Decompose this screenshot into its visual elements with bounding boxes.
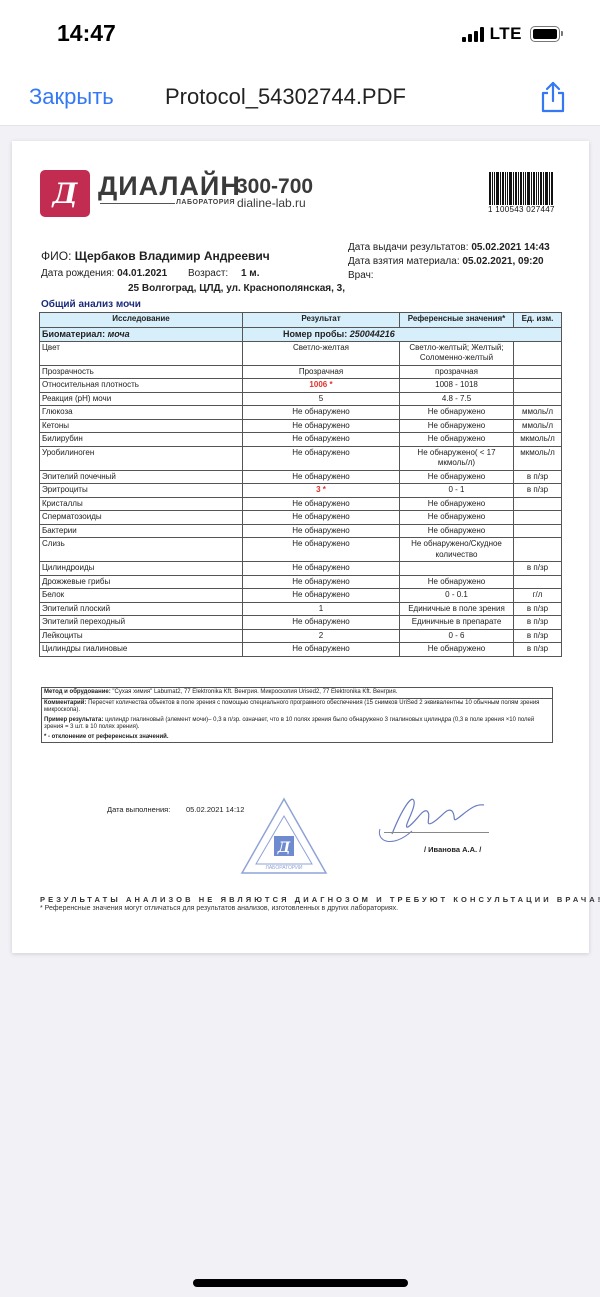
table-row: БилирубинНе обнаруженоНе обнаруженомкмол… [40,433,562,447]
reference-value: Единичные в препарате [400,616,514,630]
lab-name: ДИАЛАЙН [98,171,241,202]
sample-number-cell: Номер пробы: 250044216 [243,328,562,342]
results-table: Исследование Результат Референсные значе… [39,312,562,657]
reference-value: Не обнаружено [400,470,514,484]
signal-icon [462,27,484,42]
table-row: Лейкоциты20 - 6в п/зр [40,629,562,643]
test-result: Не обнаружено [243,575,400,589]
test-result: 5 [243,392,400,406]
test-name: Эпителий почечный [40,470,243,484]
unit: в п/зр [514,484,562,498]
reference-value: Единичные в поле зрения [400,602,514,616]
method-notes: Метод и обрудование: "Сухая химия" Labum… [41,687,553,743]
document-title: Protocol_54302744.PDF [165,84,406,110]
unit: в п/зр [514,616,562,630]
lab-logo-icon: Д [40,170,90,217]
test-result: Не обнаружено [243,616,400,630]
test-result: 1 [243,602,400,616]
table-row: ПрозрачностьПрозрачнаяпрозрачная [40,365,562,379]
issue-date-label: Дата выдачи результатов: [348,242,469,253]
reference-value: Не обнаружено [400,524,514,538]
test-result: 1006 * [243,379,400,393]
header-result: Результат [243,313,400,328]
divider [100,203,175,204]
reference-value: Не обнаружено/Скудное количество [400,538,514,562]
test-name: Эритроциты [40,484,243,498]
unit: в п/зр [514,470,562,484]
reference-value [400,562,514,576]
lab-subtitle: ЛАБОРАТОРИЯ [176,199,235,206]
unit: мкмоль/л [514,433,562,447]
table-header-row: Исследование Результат Референсные значе… [40,313,562,328]
test-result: Не обнаружено [243,419,400,433]
unit [514,575,562,589]
test-name: Лейкоциты [40,629,243,643]
unit: в п/зр [514,562,562,576]
biomaterial-cell: Биоматериал: моча [40,328,243,342]
unit: в п/зр [514,643,562,657]
reference-value: Не обнаружено [400,511,514,525]
barcode [489,172,559,205]
biomaterial-row: Биоматериал: моча Номер пробы: 250044216 [40,328,562,342]
age-label: Возраст: [188,268,228,279]
test-result: Не обнаружено [243,446,400,470]
network-type: LTE [490,24,522,44]
close-button[interactable]: Закрыть [29,84,114,110]
header-reference: Референсные значения* [400,313,514,328]
unit [514,497,562,511]
age-row: Возраст: 1 м. [188,268,259,279]
patient-name: Щербаков Владимир Андреевич [75,249,270,263]
reference-value: Не обнаружено [400,419,514,433]
test-name: Бактерии [40,524,243,538]
test-result: Светло-желтая [243,341,400,365]
test-name: Цвет [40,341,243,365]
method-row: Метод и обрудование: "Сухая химия" Labum… [42,688,552,699]
unit: ммоль/л [514,406,562,420]
test-result: Не обнаружено [243,511,400,525]
table-row: КетоныНе обнаруженоНе обнаруженоммоль/л [40,419,562,433]
unit [514,379,562,393]
test-name: Дрожжевые грибы [40,575,243,589]
svg-text:Д: Д [277,840,291,856]
reference-value: Не обнаружено [400,406,514,420]
sample-number-value: 250044216 [350,329,395,339]
test-result: Не обнаружено [243,562,400,576]
home-indicator[interactable] [193,1279,408,1287]
test-name: Реакция (pH) мочи [40,392,243,406]
unit [514,365,562,379]
share-icon[interactable] [538,80,568,114]
unit [514,392,562,406]
test-name: Эпителий плоский [40,602,243,616]
reference-value: 0 - 1 [400,484,514,498]
test-name: Относительная плотность [40,379,243,393]
unit [514,538,562,562]
execution-date-value: 05.02.2021 14:12 [186,805,244,814]
pdf-page[interactable]: Д ДИАЛАЙН ЛАБОРАТОРИЯ 300-700 dialine-la… [12,141,589,953]
unit: мкмоль/л [514,446,562,470]
test-name: Кристаллы [40,497,243,511]
sample-date-value: 05.02.2021, 09:20 [462,256,543,267]
table-row: СперматозоидыНе обнаруженоНе обнаружено [40,511,562,525]
signature-line [384,832,489,833]
lab-stamp-icon: Д ЛАБОРАТОРИИ [240,796,328,876]
unit [514,524,562,538]
table-row: СлизьНе обнаруженоНе обнаружено/Скудное … [40,538,562,562]
reference-value: Не обнаружено [400,497,514,511]
test-name: Эпителий переходный [40,616,243,630]
fio-label: ФИО: [41,249,71,263]
barcode-number: 1 100543 027447 [488,205,555,214]
comment-row: Комментарий: Пересчет количества объекто… [42,699,552,716]
table-row: ГлюкозаНе обнаруженоНе обнаруженоммоль/л [40,406,562,420]
test-name: Кетоны [40,419,243,433]
test-result: Не обнаружено [243,470,400,484]
test-name: Цилиндры гиалиновые [40,643,243,657]
deviation-note: * - отклонение от референсных значений. [42,733,552,743]
doctor-label: Врач: [348,270,374,281]
table-row: КристаллыНе обнаруженоНе обнаружено [40,497,562,511]
unit [514,511,562,525]
test-result: Не обнаружено [243,433,400,447]
table-row: Эпителий почечныйНе обнаруженоНе обнаруж… [40,470,562,484]
test-result: Не обнаружено [243,497,400,511]
dob-value: 04.01.2021 [117,268,167,279]
table-row: Цилиндры гиалиновыеНе обнаруженоНе обнар… [40,643,562,657]
reference-value: 0 - 6 [400,629,514,643]
test-result: 3 * [243,484,400,498]
table-row: Реакция (pH) мочи54.8 - 7.5 [40,392,562,406]
test-result: 2 [243,629,400,643]
doctor-row: Врач: [348,270,374,281]
test-result: Не обнаружено [243,643,400,657]
example-row: Пример результата: цилиндр гиалиновый (э… [42,716,552,733]
issue-date-value: 05.02.2021 14:43 [471,242,549,253]
status-indicators: LTE [462,24,560,44]
battery-icon [530,26,560,42]
test-name: Цилиндроиды [40,562,243,576]
footnote: * Референсные значения могут отличаться … [40,905,398,912]
header-test: Исследование [40,313,243,328]
status-bar: 14:47 LTE [0,0,600,68]
header-unit: Ед. изм. [514,313,562,328]
lab-website: dialine-lab.ru [237,196,306,210]
reference-value: 1008 - 1018 [400,379,514,393]
table-row: УробилиногенНе обнаруженоНе обнаружено( … [40,446,562,470]
test-name: Белок [40,589,243,603]
reference-value: 0 - 0.1 [400,589,514,603]
signer-name: / Иванова А.А. / [424,845,481,854]
nav-bar: Закрыть Protocol_54302744.PDF [0,68,600,126]
test-result: Прозрачная [243,365,400,379]
section-title: Общий анализ мочи [41,299,141,310]
table-row: Эпителий плоский1Единичные в поле зрения… [40,602,562,616]
sample-date-row: Дата взятия материала: 05.02.2021, 09:20 [348,256,544,267]
disclaimer: РЕЗУЛЬТАТЫ АНАЛИЗОВ НЕ ЯВЛЯЮТСЯ ДИАГНОЗО… [40,895,600,904]
table-row: Эритроциты3 *0 - 1в п/зр [40,484,562,498]
reference-value: прозрачная [400,365,514,379]
biomaterial-value: моча [108,329,130,339]
svg-text:ЛАБОРАТОРИИ: ЛАБОРАТОРИИ [266,865,303,871]
unit [514,341,562,365]
unit: ммоль/л [514,419,562,433]
unit: г/л [514,589,562,603]
sample-date-label: Дата взятия материала: [348,256,460,267]
test-result: Не обнаружено [243,589,400,603]
reference-value: Не обнаружено [400,575,514,589]
dob-row: Дата рождения: 04.01.2021 [41,268,167,279]
reference-value: Не обнаружено [400,433,514,447]
table-row: ЦветСветло-желтаяСветло-желтый; Желтый; … [40,341,562,365]
table-row: Эпителий переходныйНе обнаруженоЕдиничны… [40,616,562,630]
table-row: БелокНе обнаружено0 - 0.1г/л [40,589,562,603]
table-row: БактерииНе обнаруженоНе обнаружено [40,524,562,538]
test-name: Сперматозоиды [40,511,243,525]
execution-date-label: Дата выполнения: [107,805,170,814]
test-name: Билирубин [40,433,243,447]
table-row: Дрожжевые грибыНе обнаруженоНе обнаружен… [40,575,562,589]
reference-value: Не обнаружено( < 17 мкмоль/л) [400,446,514,470]
table-row: Относительная плотность1006 *1008 - 1018 [40,379,562,393]
test-result: Не обнаружено [243,524,400,538]
unit: в п/зр [514,629,562,643]
test-name: Прозрачность [40,365,243,379]
table-row: ЦилиндроидыНе обнаруженов п/зр [40,562,562,576]
test-name: Слизь [40,538,243,562]
test-name: Уробилиноген [40,446,243,470]
reference-value: Не обнаружено [400,643,514,657]
status-time: 14:47 [57,20,116,47]
age-value: 1 м. [241,268,260,279]
test-name: Глюкоза [40,406,243,420]
test-result: Не обнаружено [243,406,400,420]
patient-name-row: ФИО: Щербаков Владимир Андреевич [41,249,270,263]
unit: в п/зр [514,602,562,616]
test-result: Не обнаружено [243,538,400,562]
reference-value: 4.8 - 7.5 [400,392,514,406]
reference-value: Светло-желтый; Желтый; Соломенно-желтый [400,341,514,365]
issue-date-row: Дата выдачи результатов: 05.02.2021 14:4… [348,242,550,253]
dob-label: Дата рождения: [41,268,114,279]
patient-address: 25 Волгоград, ЦЛД, ул. Краснополянская, … [128,283,345,294]
